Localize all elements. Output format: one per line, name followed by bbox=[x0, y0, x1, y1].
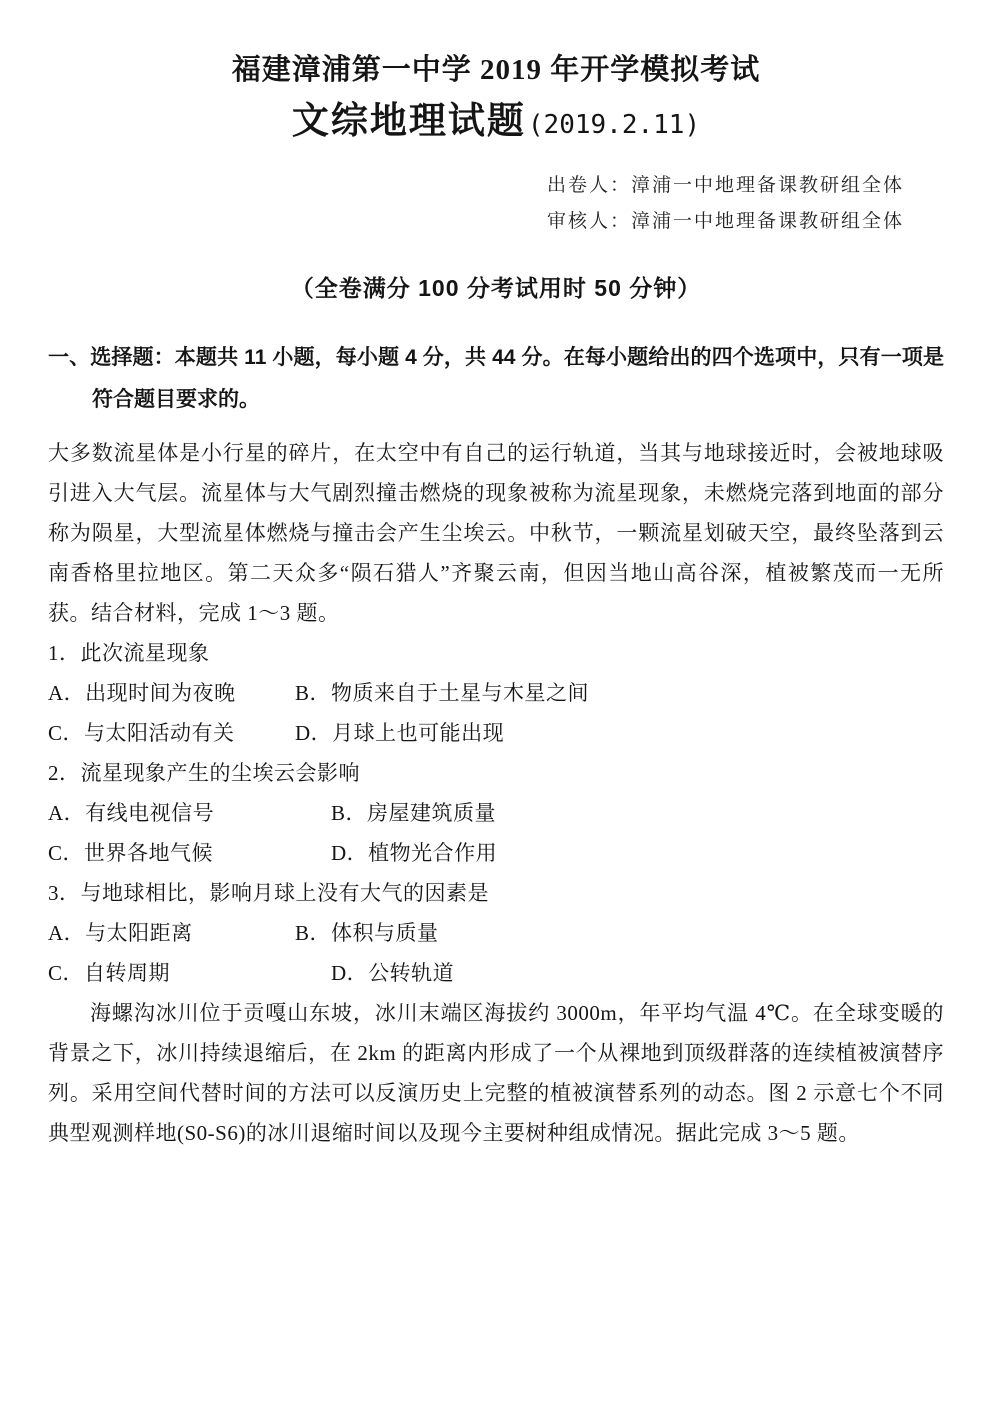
school-title: 福建漳浦第一中学 2019 年开学模拟考试 bbox=[48, 52, 944, 88]
question-3-option-a: A．与太阳距离 bbox=[48, 913, 295, 953]
exam-title: 文综地理试题 bbox=[292, 100, 526, 141]
question-3-option-b: B．体积与质量 bbox=[295, 913, 439, 953]
section1-heading: 一、选择题：本题共 11 小题，每小题 4 分，共 44 分。在每小题给出的四个… bbox=[48, 337, 944, 421]
exam-paper-page: 福建漳浦第一中学 2019 年开学模拟考试 文综地理试题(2019.2.11) … bbox=[0, 0, 992, 1403]
byline-block: 出卷人：漳浦一中地理备课教研组全体 审核人：漳浦一中地理备课教研组全体 bbox=[48, 168, 944, 240]
exam-date: (2019.2.11) bbox=[528, 110, 700, 140]
exam-title-line: 文综地理试题(2019.2.11) bbox=[48, 98, 944, 152]
score-time-line: （全卷满分 100 分考试用时 50 分钟） bbox=[48, 270, 944, 303]
question-3-stem: 3．与地球相比，影响月球上没有大气的因素是 bbox=[48, 873, 944, 913]
question-1-option-c: C．与太阳活动有关 bbox=[48, 713, 295, 753]
question-2-options-row-2: C．世界各地气候 D．植物光合作用 bbox=[48, 833, 944, 873]
question-2-option-c: C．世界各地气候 bbox=[48, 833, 331, 873]
question-1-stem: 1．此次流星现象 bbox=[48, 633, 944, 673]
question-3-options-row-1: A．与太阳距离 B．体积与质量 bbox=[48, 913, 944, 953]
question-2-stem: 2．流星现象产生的尘埃云会影响 bbox=[48, 753, 944, 793]
question-2-option-b: B．房屋建筑质量 bbox=[331, 793, 496, 833]
question-3-option-d: D．公转轨道 bbox=[331, 953, 454, 993]
question-2-option-a: A．有线电视信号 bbox=[48, 793, 331, 833]
question-1-option-a: A．出现时间为夜晚 bbox=[48, 673, 295, 713]
question-1-option-b: B．物质来自于土星与木星之间 bbox=[295, 673, 589, 713]
passage-meteor: 大多数流星体是小行星的碎片，在太空中有自己的运行轨道，当其与地球接近时，会被地球… bbox=[48, 433, 944, 633]
setter-line: 出卷人：漳浦一中地理备课教研组全体 bbox=[48, 168, 944, 204]
question-2-options-row-1: A．有线电视信号 B．房屋建筑质量 bbox=[48, 793, 944, 833]
question-2-option-d: D．植物光合作用 bbox=[331, 833, 497, 873]
question-3-options-row-2: C．自转周期 D．公转轨道 bbox=[48, 953, 944, 993]
question-1-options-row-1: A．出现时间为夜晚 B．物质来自于土星与木星之间 bbox=[48, 673, 944, 713]
reviewer-line: 审核人：漳浦一中地理备课教研组全体 bbox=[48, 204, 944, 240]
passage-glacier: 海螺沟冰川位于贡嘎山东坡，冰川末端区海拔约 3000m，年平均气温 4℃。在全球… bbox=[48, 993, 944, 1153]
question-1-options-row-2: C．与太阳活动有关 D．月球上也可能出现 bbox=[48, 713, 944, 753]
question-1-option-d: D．月球上也可能出现 bbox=[295, 713, 504, 753]
question-3-option-c: C．自转周期 bbox=[48, 953, 331, 993]
